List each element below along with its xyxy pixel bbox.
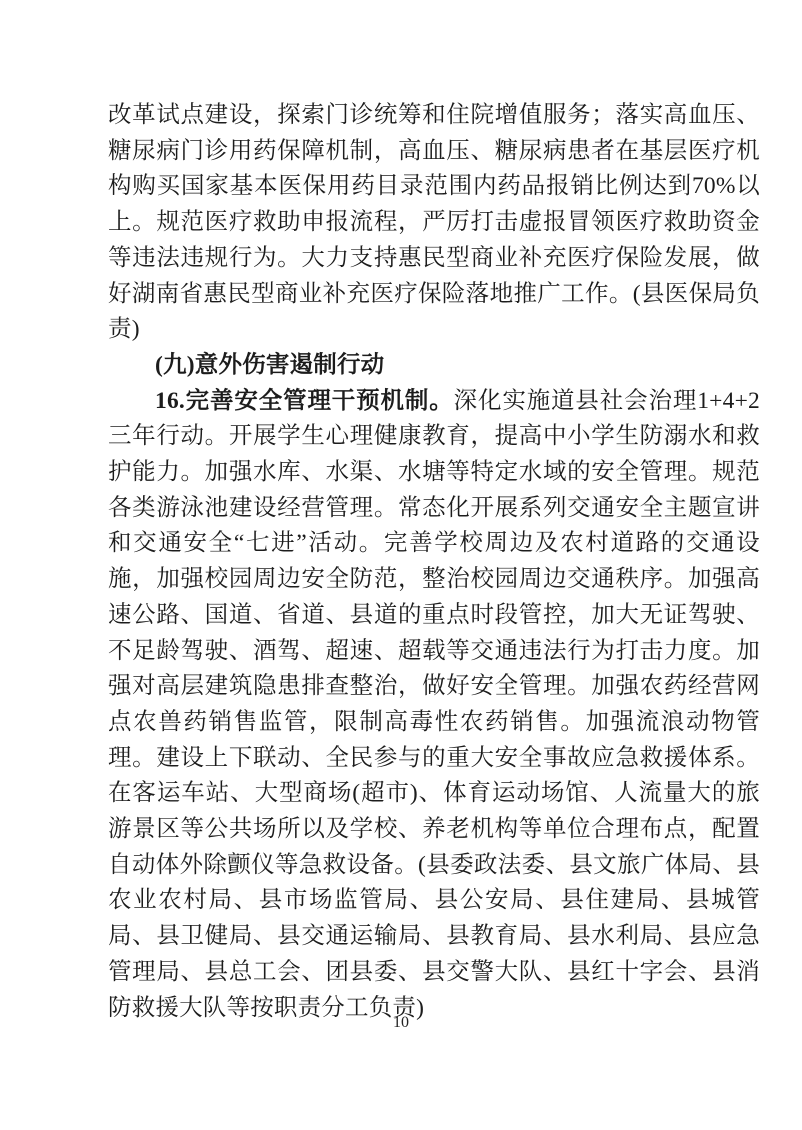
page-number: 10 bbox=[0, 1012, 802, 1034]
item-16-lead: 16.完善安全管理干预机制。 bbox=[155, 388, 454, 414]
section-heading: (九)意外伤害遏制行动 bbox=[108, 348, 760, 384]
document-body: 改革试点建设，探索门诊统筹和住院增值服务；落实高血压、糖尿病门诊用药保障机制，高… bbox=[108, 98, 760, 1026]
document-page: 改革试点建设，探索门诊统筹和住院增值服务；落实高血压、糖尿病门诊用药保障机制，高… bbox=[0, 0, 802, 1130]
item-16-body: 深化实施道县社会治理1+4+2三年行动。开展学生心理健康教育，提高中小学生防溺水… bbox=[108, 388, 760, 1021]
continuation-paragraph: 改革试点建设，探索门诊统筹和住院增值服务；落实高血压、糖尿病门诊用药保障机制，高… bbox=[108, 98, 760, 348]
item-16-paragraph: 16.完善安全管理干预机制。深化实施道县社会治理1+4+2三年行动。开展学生心理… bbox=[108, 384, 760, 1027]
